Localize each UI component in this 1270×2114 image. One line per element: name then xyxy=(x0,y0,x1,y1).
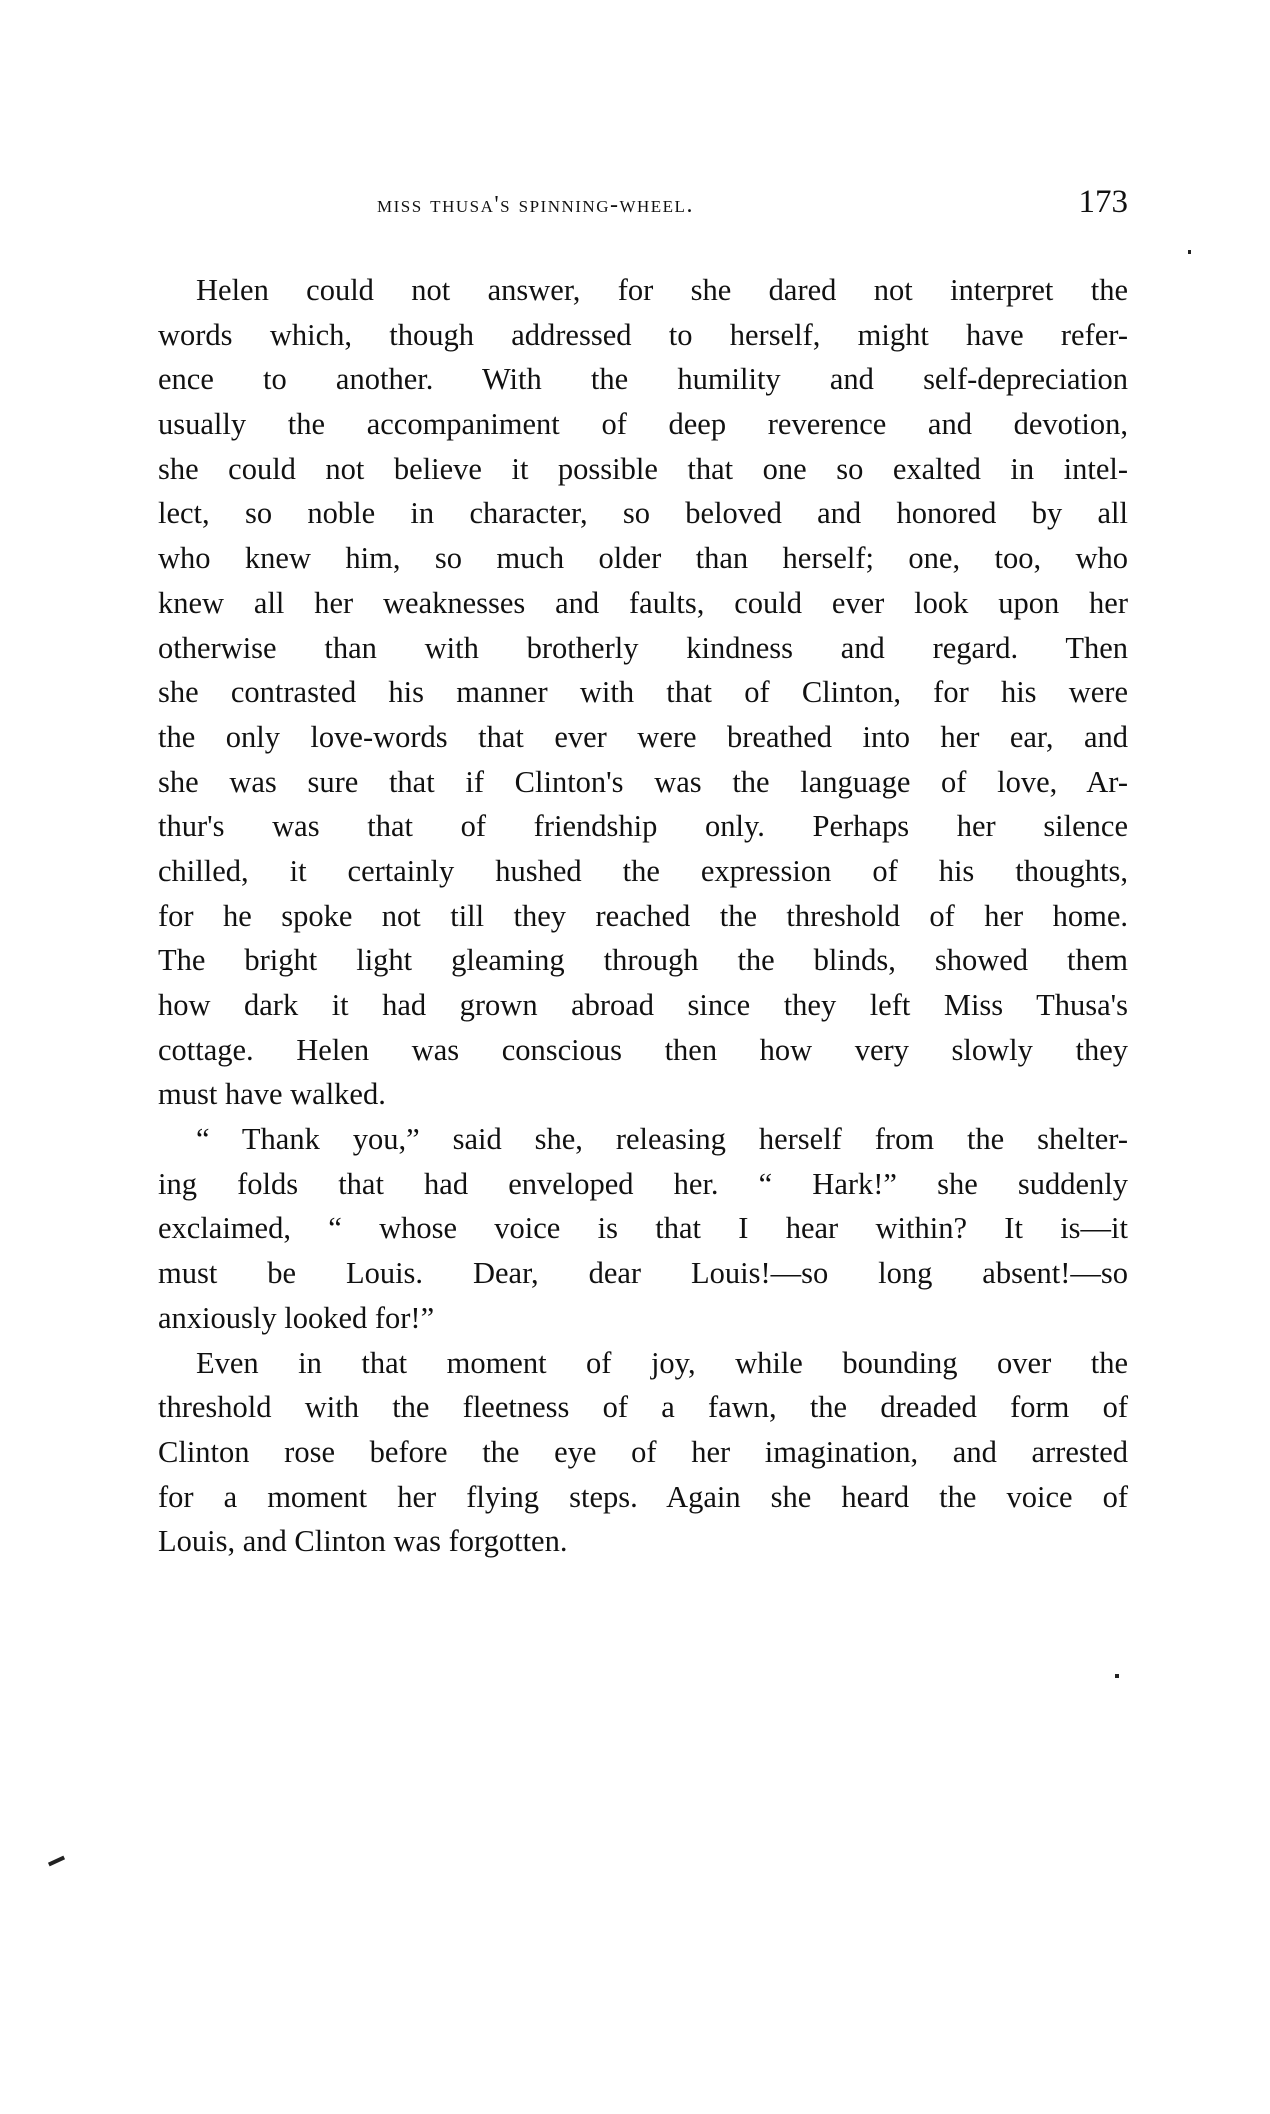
text-line: thur's was that of friendship only. Perh… xyxy=(158,804,1128,849)
page-number: 173 xyxy=(1066,184,1128,220)
paragraph-1: Helen could not answer, for she dared no… xyxy=(158,268,1128,1117)
text-line: Louis, and Clinton was forgotten. xyxy=(158,1519,1128,1564)
text-line: must be Louis. Dear, dear Louis!—so long… xyxy=(158,1251,1128,1296)
text-line: Helen could not answer, for she dared no… xyxy=(158,268,1128,313)
text-line: she was sure that if Clinton's was the l… xyxy=(158,760,1128,805)
scan-speck xyxy=(48,1856,65,1867)
text-line: how dark it had grown abroad since they … xyxy=(158,983,1128,1028)
text-line: words which, though addressed to herself… xyxy=(158,313,1128,358)
text-line: who knew him, so much older than herself… xyxy=(158,536,1128,581)
text-line: The bright light gleaming through the bl… xyxy=(158,938,1128,983)
paragraph-2: “ Thank you,” said she, releasing hersel… xyxy=(158,1117,1128,1340)
scan-speck xyxy=(1115,1674,1119,1678)
text-line: for a moment her flying steps. Again she… xyxy=(158,1475,1128,1520)
text-line: for he spoke not till they reached the t… xyxy=(158,894,1128,939)
text-line: anxiously looked for!” xyxy=(158,1296,1128,1341)
text-line: “ Thank you,” said she, releasing hersel… xyxy=(158,1117,1128,1162)
text-line: cottage. Helen was conscious then how ve… xyxy=(158,1028,1128,1073)
text-line: threshold with the fleetness of a fawn, … xyxy=(158,1385,1128,1430)
text-line: she could not believe it possible that o… xyxy=(158,447,1128,492)
text-line: ence to another. With the humility and s… xyxy=(158,357,1128,402)
text-line: the only love-words that ever were breat… xyxy=(158,715,1128,760)
text-line: exclaimed, “ whose voice is that I hear … xyxy=(158,1206,1128,1251)
text-line: chilled, it certainly hushed the express… xyxy=(158,849,1128,894)
text-line: usually the accompaniment of deep revere… xyxy=(158,402,1128,447)
running-head-title: Miss Thusa's Spinning-Wheel. xyxy=(377,190,907,220)
text-line: Even in that moment of joy, while boundi… xyxy=(158,1341,1128,1386)
scan-speck xyxy=(1188,250,1191,254)
text-line: otherwise than with brotherly kindness a… xyxy=(158,626,1128,671)
text-line: she contrasted his manner with that of C… xyxy=(158,670,1128,715)
body-text: Helen could not answer, for she dared no… xyxy=(158,268,1128,1564)
book-page: Miss Thusa's Spinning-Wheel. 173 Helen c… xyxy=(0,0,1270,2114)
text-line: ing folds that had enveloped her. “ Hark… xyxy=(158,1162,1128,1207)
text-line: must have walked. xyxy=(158,1072,1128,1117)
text-line: Clinton rose before the eye of her imagi… xyxy=(158,1430,1128,1475)
text-line: lect, so noble in character, so beloved … xyxy=(158,491,1128,536)
text-line: knew all her weaknesses and faults, coul… xyxy=(158,581,1128,626)
paragraph-3: Even in that moment of joy, while boundi… xyxy=(158,1341,1128,1564)
